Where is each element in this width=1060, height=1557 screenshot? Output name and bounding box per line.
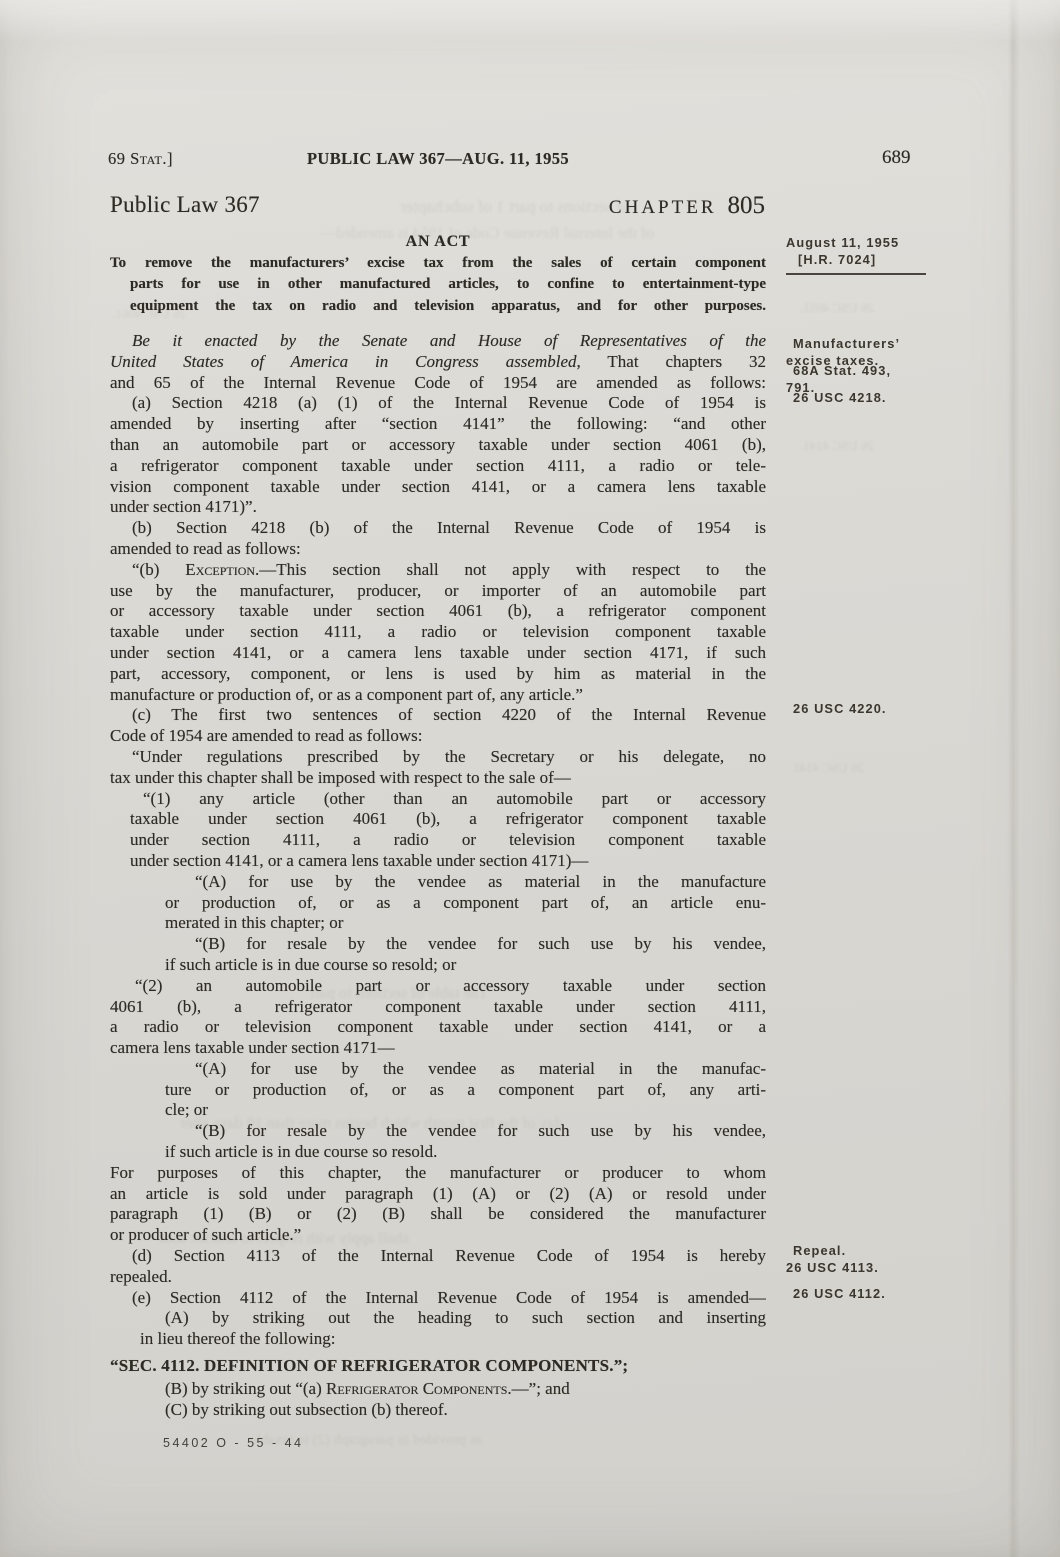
stat-ref-line-1: 68A Stat. 493, [786, 363, 926, 380]
body-line: amended by inserting after “section 4141… [110, 414, 766, 435]
body-line: “(b) Exception.—This section shall not a… [110, 560, 766, 581]
usc-ref: 26 USC 4220. [786, 701, 926, 718]
section-heading-line: “SEC. 4112. DEFINITION OF REFRIGERATOR C… [110, 1356, 766, 1377]
body-line: ture or production of, or as a component… [110, 1080, 766, 1101]
body-line: (A) by striking out the heading to such … [110, 1308, 766, 1329]
body-line: manufacture or production of, or as a co… [110, 685, 766, 706]
body-line: (b) Section 4218 (b) of the Internal Rev… [110, 518, 766, 539]
body-line: if such article is in due course so reso… [110, 955, 766, 976]
body-line: repealed. [110, 1267, 766, 1288]
body-line: amended to read as follows: [110, 539, 766, 560]
body-line: under section 4141, or a camera lens tax… [110, 643, 766, 664]
body-line: taxable under section 4061 (b), a refrig… [110, 809, 766, 830]
bleedthrough-text: 26 USC 4141. [790, 760, 864, 776]
act-description: To remove the manufacturers’ excise tax … [110, 253, 766, 317]
usc-ref: 26 USC 4218. [786, 390, 926, 407]
bill-number: [H.R. 7024] [786, 252, 926, 269]
body-line: than an automobile part or accessory tax… [110, 435, 766, 456]
page-number: 689 [882, 147, 911, 169]
body-line: taxable under section 4111, a radio or t… [110, 622, 766, 643]
body-line: camera lens taxable under section 4171— [110, 1038, 766, 1059]
body-line: United States of America in Congress ass… [110, 352, 766, 373]
bleedthrough-text: of sections to part 1 of subchapter [400, 197, 630, 217]
body-line: (C) by striking out subsection (b) there… [110, 1400, 766, 1421]
body-line: Be it enacted by the Senate and House of… [110, 331, 766, 352]
subject-line-1: Manufacturers’ [786, 336, 926, 353]
body-line: under section 4111, a radio or televisio… [110, 830, 766, 851]
body-line: “(A) for use by the vendee as material i… [110, 1059, 766, 1080]
an-act-heading: AN ACT [110, 233, 766, 251]
body-line: “(A) for use by the vendee as material i… [110, 872, 766, 893]
margin-note-usc-4218: 26 USC 4218. [786, 390, 926, 407]
body-line: “Under regulations prescribed by the Sec… [110, 747, 766, 768]
body-line: if such article is in due course so reso… [110, 1142, 766, 1163]
usc-ref: 26 USC 4112. [786, 1286, 926, 1303]
body-line: “(1) any article (other than an automobi… [110, 789, 766, 810]
body-line: a radio or television component taxable … [110, 1017, 766, 1038]
law-title: Public Law 367 [110, 192, 260, 218]
bleedthrough-text: 26 USC 4051. [800, 300, 874, 316]
margin-note-usc-4220: 26 USC 4220. [786, 701, 926, 718]
body-line: cle; or [110, 1100, 766, 1121]
body-line: (d) Section 4113 of the Internal Revenue… [110, 1246, 766, 1267]
running-header-title: PUBLIC LAW 367—AUG. 11, 1955 [110, 149, 766, 169]
body-line: (c) The first two sentences of section 4… [110, 705, 766, 726]
statute-page: of sections to part 1 of subchapterof th… [0, 0, 1060, 1557]
body-line: in lieu thereof the following: [110, 1329, 766, 1350]
body-line: use by the manufacturer, producer, or im… [110, 581, 766, 602]
body-line: “(B) for resale by the vendee for such u… [110, 1121, 766, 1142]
bleedthrough-text: 26 USC 4141. [800, 438, 874, 454]
act-description-line: parts for use in other manufactured arti… [110, 274, 766, 295]
body-line: tax under this chapter shall be imposed … [110, 768, 766, 789]
body-line: merated in this chapter; or [110, 913, 766, 934]
print-code: 54402 O - 55 - 44 [163, 1436, 303, 1450]
body-line: “(2) an automobile part or accessory tax… [110, 976, 766, 997]
body-line: paragraph (1) (B) or (2) (B) shall be co… [110, 1204, 766, 1225]
body-line: vision component taxable under section 4… [110, 477, 766, 498]
body-line: (B) by striking out “(a) Refrigerator Co… [110, 1379, 766, 1400]
act-description-line: equipment the tax on radio and televisio… [110, 296, 766, 317]
body-line: (a) Section 4218 (a) (1) of the Internal… [110, 393, 766, 414]
body-line: and 65 of the Internal Revenue Code of 1… [110, 373, 766, 394]
chapter-heading: CHAPTER 805 [609, 192, 765, 220]
body-line: (e) Section 4112 of the Internal Revenue… [110, 1288, 766, 1309]
chapter-number: 805 [728, 192, 766, 220]
body-line: Code of 1954 are amended to read as foll… [110, 726, 766, 747]
margin-note-date: August 11, 1955 [H.R. 7024] [786, 235, 926, 275]
chapter-label: CHAPTER [609, 197, 717, 219]
margin-note-usc-4112: 26 USC 4112. [786, 1286, 926, 1303]
body-line: or producer of such article.” [110, 1225, 766, 1246]
body-line: 4061 (b), a refrigerator component taxab… [110, 997, 766, 1018]
act-description-line: To remove the manufacturers’ excise tax … [110, 253, 766, 274]
body-line: “(B) for resale by the vendee for such u… [110, 934, 766, 955]
date-line: August 11, 1955 [786, 235, 899, 250]
body-line: or accessory taxable under section 4061 … [110, 601, 766, 622]
body-line: or production of, or as a component part… [110, 893, 766, 914]
body-column: Be it enacted by the Senate and House of… [110, 331, 766, 1420]
body-line: an article is sold under paragraph (1) (… [110, 1184, 766, 1205]
body-line: a refrigerator component taxable under s… [110, 456, 766, 477]
body-line: under section 4171)”. [110, 497, 766, 518]
body-line: under section 4141, or a camera lens tax… [110, 851, 766, 872]
usc-ref: 26 USC 4113. [786, 1260, 879, 1275]
body-line: part, accessory, component, or lens is u… [110, 664, 766, 685]
repeal-label: Repeal. [786, 1243, 926, 1260]
body-line: For purposes of this chapter, the manufa… [110, 1163, 766, 1184]
margin-note-repeal: Repeal. 26 USC 4113. [786, 1243, 926, 1276]
